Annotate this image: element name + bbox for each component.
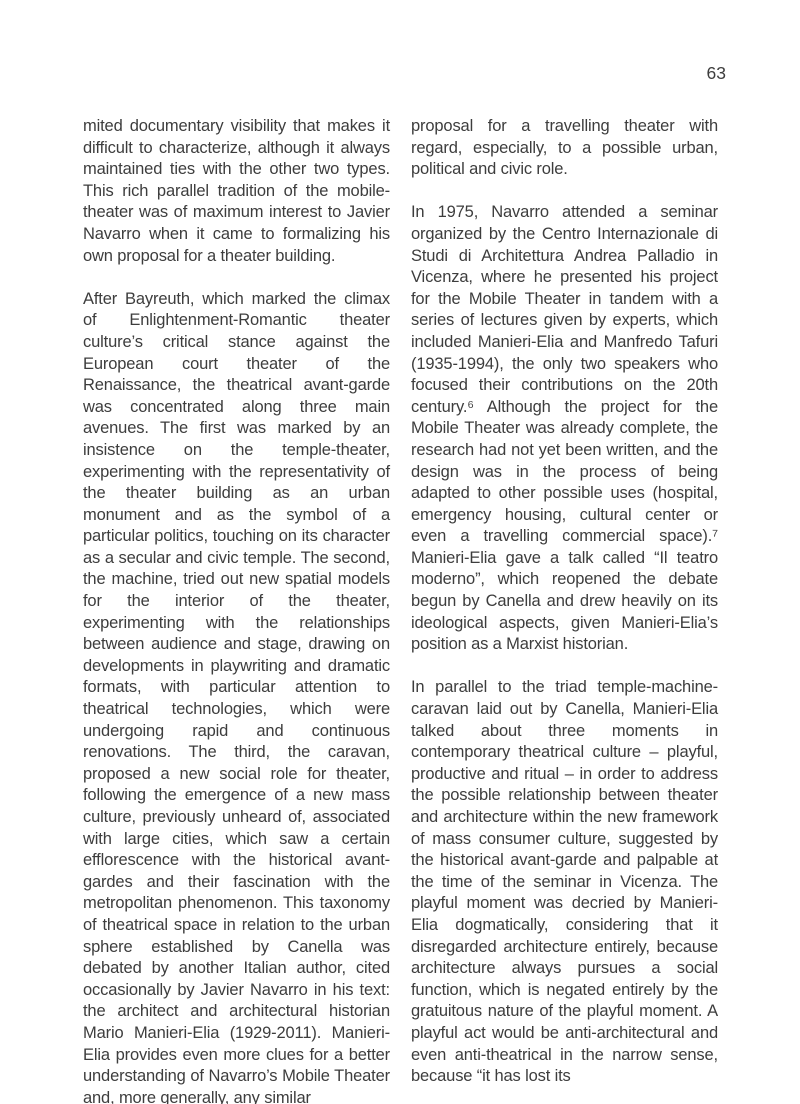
paragraph: After Bayreuth, which marked the climax … <box>83 289 390 1104</box>
page-number: 63 <box>707 62 726 84</box>
paragraph: In 1975, Navarro attended a seminar orga… <box>411 202 718 655</box>
paragraph: proposal for a travelling theater with r… <box>411 116 718 181</box>
text-columns: mited documentary visibility that makes … <box>83 116 718 1104</box>
right-column: proposal for a travelling theater with r… <box>411 116 718 1104</box>
left-column: mited documentary visibility that makes … <box>83 116 390 1104</box>
document-page: 63 mited documentary visibility that mak… <box>0 0 800 1104</box>
paragraph: mited documentary visibility that makes … <box>83 116 390 267</box>
paragraph: In parallel to the triad temple-machine-… <box>411 677 718 1087</box>
